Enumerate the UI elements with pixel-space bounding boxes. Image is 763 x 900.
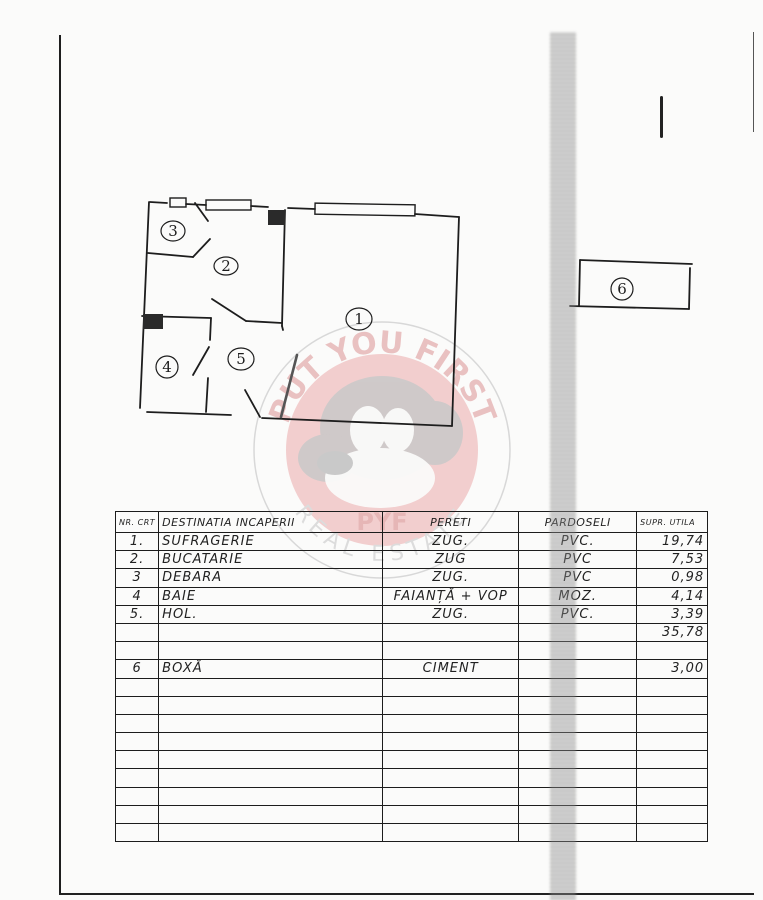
cell-nr: 2. <box>116 551 159 569</box>
cell-walls <box>383 696 519 714</box>
cell-area <box>637 678 708 696</box>
cell-destination <box>159 824 383 842</box>
cell-floors: PVC. <box>519 533 637 551</box>
table-row: 3DEBARAZUG.PVC0,98 <box>116 569 708 587</box>
cell-area <box>637 714 708 732</box>
cell-walls <box>383 769 519 787</box>
table-row <box>116 642 708 660</box>
table-row: 5.HOL.ZUG.PVC.3,39 <box>116 605 708 623</box>
cell-area <box>637 805 708 823</box>
cell-walls <box>383 733 519 751</box>
cell-floors: PVC. <box>519 605 637 623</box>
cell-area: 4,14 <box>637 587 708 605</box>
cell-floors <box>519 660 637 678</box>
table-row <box>116 751 708 769</box>
cell-nr <box>116 623 159 641</box>
cell-destination: DEBARA <box>159 569 383 587</box>
cell-nr <box>116 769 159 787</box>
cell-destination <box>159 623 383 641</box>
cell-floors <box>519 642 637 660</box>
header-floors: PARDOSELI <box>519 512 637 533</box>
cell-destination <box>159 642 383 660</box>
table-row <box>116 787 708 805</box>
cell-area <box>637 751 708 769</box>
cell-area <box>637 824 708 842</box>
header-walls: PERETI <box>383 512 519 533</box>
cell-walls <box>383 623 519 641</box>
cell-area: 0,98 <box>637 569 708 587</box>
cell-destination <box>159 751 383 769</box>
table-row: 6BOXĂCIMENT3,00 <box>116 660 708 678</box>
cell-area: 19,74 <box>637 533 708 551</box>
cell-walls <box>383 824 519 842</box>
cell-walls: ZUG. <box>383 569 519 587</box>
cell-nr <box>116 733 159 751</box>
scan-fold-shadow <box>550 32 576 900</box>
cell-walls: ZUG. <box>383 605 519 623</box>
cell-area <box>637 642 708 660</box>
table-row: 1.SUFRAGERIEZUG.PVC.19,74 <box>116 533 708 551</box>
cell-walls: ZUG. <box>383 533 519 551</box>
cell-walls <box>383 805 519 823</box>
cell-nr <box>116 642 159 660</box>
cell-nr: 3 <box>116 569 159 587</box>
table-row: 4BAIEFAIANȚĂ + VOPMOZ.4,14 <box>116 587 708 605</box>
cell-floors <box>519 623 637 641</box>
table-row <box>116 733 708 751</box>
cell-floors: PVC <box>519 569 637 587</box>
cell-destination <box>159 678 383 696</box>
cell-walls <box>383 787 519 805</box>
room-label-4: 4 <box>162 358 172 376</box>
cell-area <box>637 696 708 714</box>
cell-area <box>637 787 708 805</box>
cell-destination <box>159 696 383 714</box>
table-row: 35,78 <box>116 623 708 641</box>
cell-floors <box>519 805 637 823</box>
cell-destination <box>159 769 383 787</box>
cell-destination: BAIE <box>159 587 383 605</box>
room-label-2: 2 <box>221 257 231 275</box>
table-header-row: NR. CRT DESTINATIA INCAPERII PERETI PARD… <box>116 512 708 533</box>
header-destination: DESTINATIA INCAPERII <box>159 512 383 533</box>
cell-walls <box>383 714 519 732</box>
cell-floors <box>519 824 637 842</box>
cell-destination <box>159 733 383 751</box>
cell-walls <box>383 642 519 660</box>
cell-floors <box>519 678 637 696</box>
cell-floors: MOZ. <box>519 587 637 605</box>
cell-nr: 1. <box>116 533 159 551</box>
cell-floors <box>519 696 637 714</box>
cell-walls: ZUG <box>383 551 519 569</box>
table-row <box>116 678 708 696</box>
cell-area <box>637 769 708 787</box>
cell-floors <box>519 769 637 787</box>
table-row <box>116 769 708 787</box>
cell-walls <box>383 751 519 769</box>
cell-area: 7,53 <box>637 551 708 569</box>
cell-nr: 5. <box>116 605 159 623</box>
cell-destination: BUCATARIE <box>159 551 383 569</box>
room-label-1: 1 <box>354 310 364 328</box>
table-row <box>116 714 708 732</box>
cell-destination <box>159 787 383 805</box>
cell-walls: FAIANȚĂ + VOP <box>383 587 519 605</box>
cell-area <box>637 733 708 751</box>
room-schedule-table: NR. CRT DESTINATIA INCAPERII PERETI PARD… <box>115 511 708 842</box>
table-row <box>116 805 708 823</box>
cell-nr <box>116 696 159 714</box>
cell-floors <box>519 733 637 751</box>
cell-nr <box>116 751 159 769</box>
cell-floors <box>519 751 637 769</box>
cell-destination: SUFRAGERIE <box>159 533 383 551</box>
cell-walls: CIMENT <box>383 660 519 678</box>
cell-walls <box>383 678 519 696</box>
cell-area: 3,39 <box>637 605 708 623</box>
cell-nr: 4 <box>116 587 159 605</box>
room-label-6: 6 <box>617 280 627 298</box>
cell-destination <box>159 805 383 823</box>
table-row <box>116 824 708 842</box>
cell-destination: HOL. <box>159 605 383 623</box>
cell-destination: BOXĂ <box>159 660 383 678</box>
header-area: SUPR. UTILA <box>637 512 708 533</box>
cell-nr <box>116 787 159 805</box>
header-nr: NR. CRT <box>116 512 159 533</box>
room-label-3: 3 <box>168 222 178 240</box>
cell-nr: 6 <box>116 660 159 678</box>
cell-nr <box>116 678 159 696</box>
room-label-5: 5 <box>236 350 246 368</box>
table-row <box>116 696 708 714</box>
cell-area: 35,78 <box>637 623 708 641</box>
cell-floors <box>519 714 637 732</box>
cell-nr <box>116 824 159 842</box>
cell-floors <box>519 787 637 805</box>
cell-nr <box>116 805 159 823</box>
cell-destination <box>159 714 383 732</box>
cell-floors: PVC <box>519 551 637 569</box>
cell-nr <box>116 714 159 732</box>
cell-area: 3,00 <box>637 660 708 678</box>
table-row: 2.BUCATARIEZUGPVC7,53 <box>116 551 708 569</box>
